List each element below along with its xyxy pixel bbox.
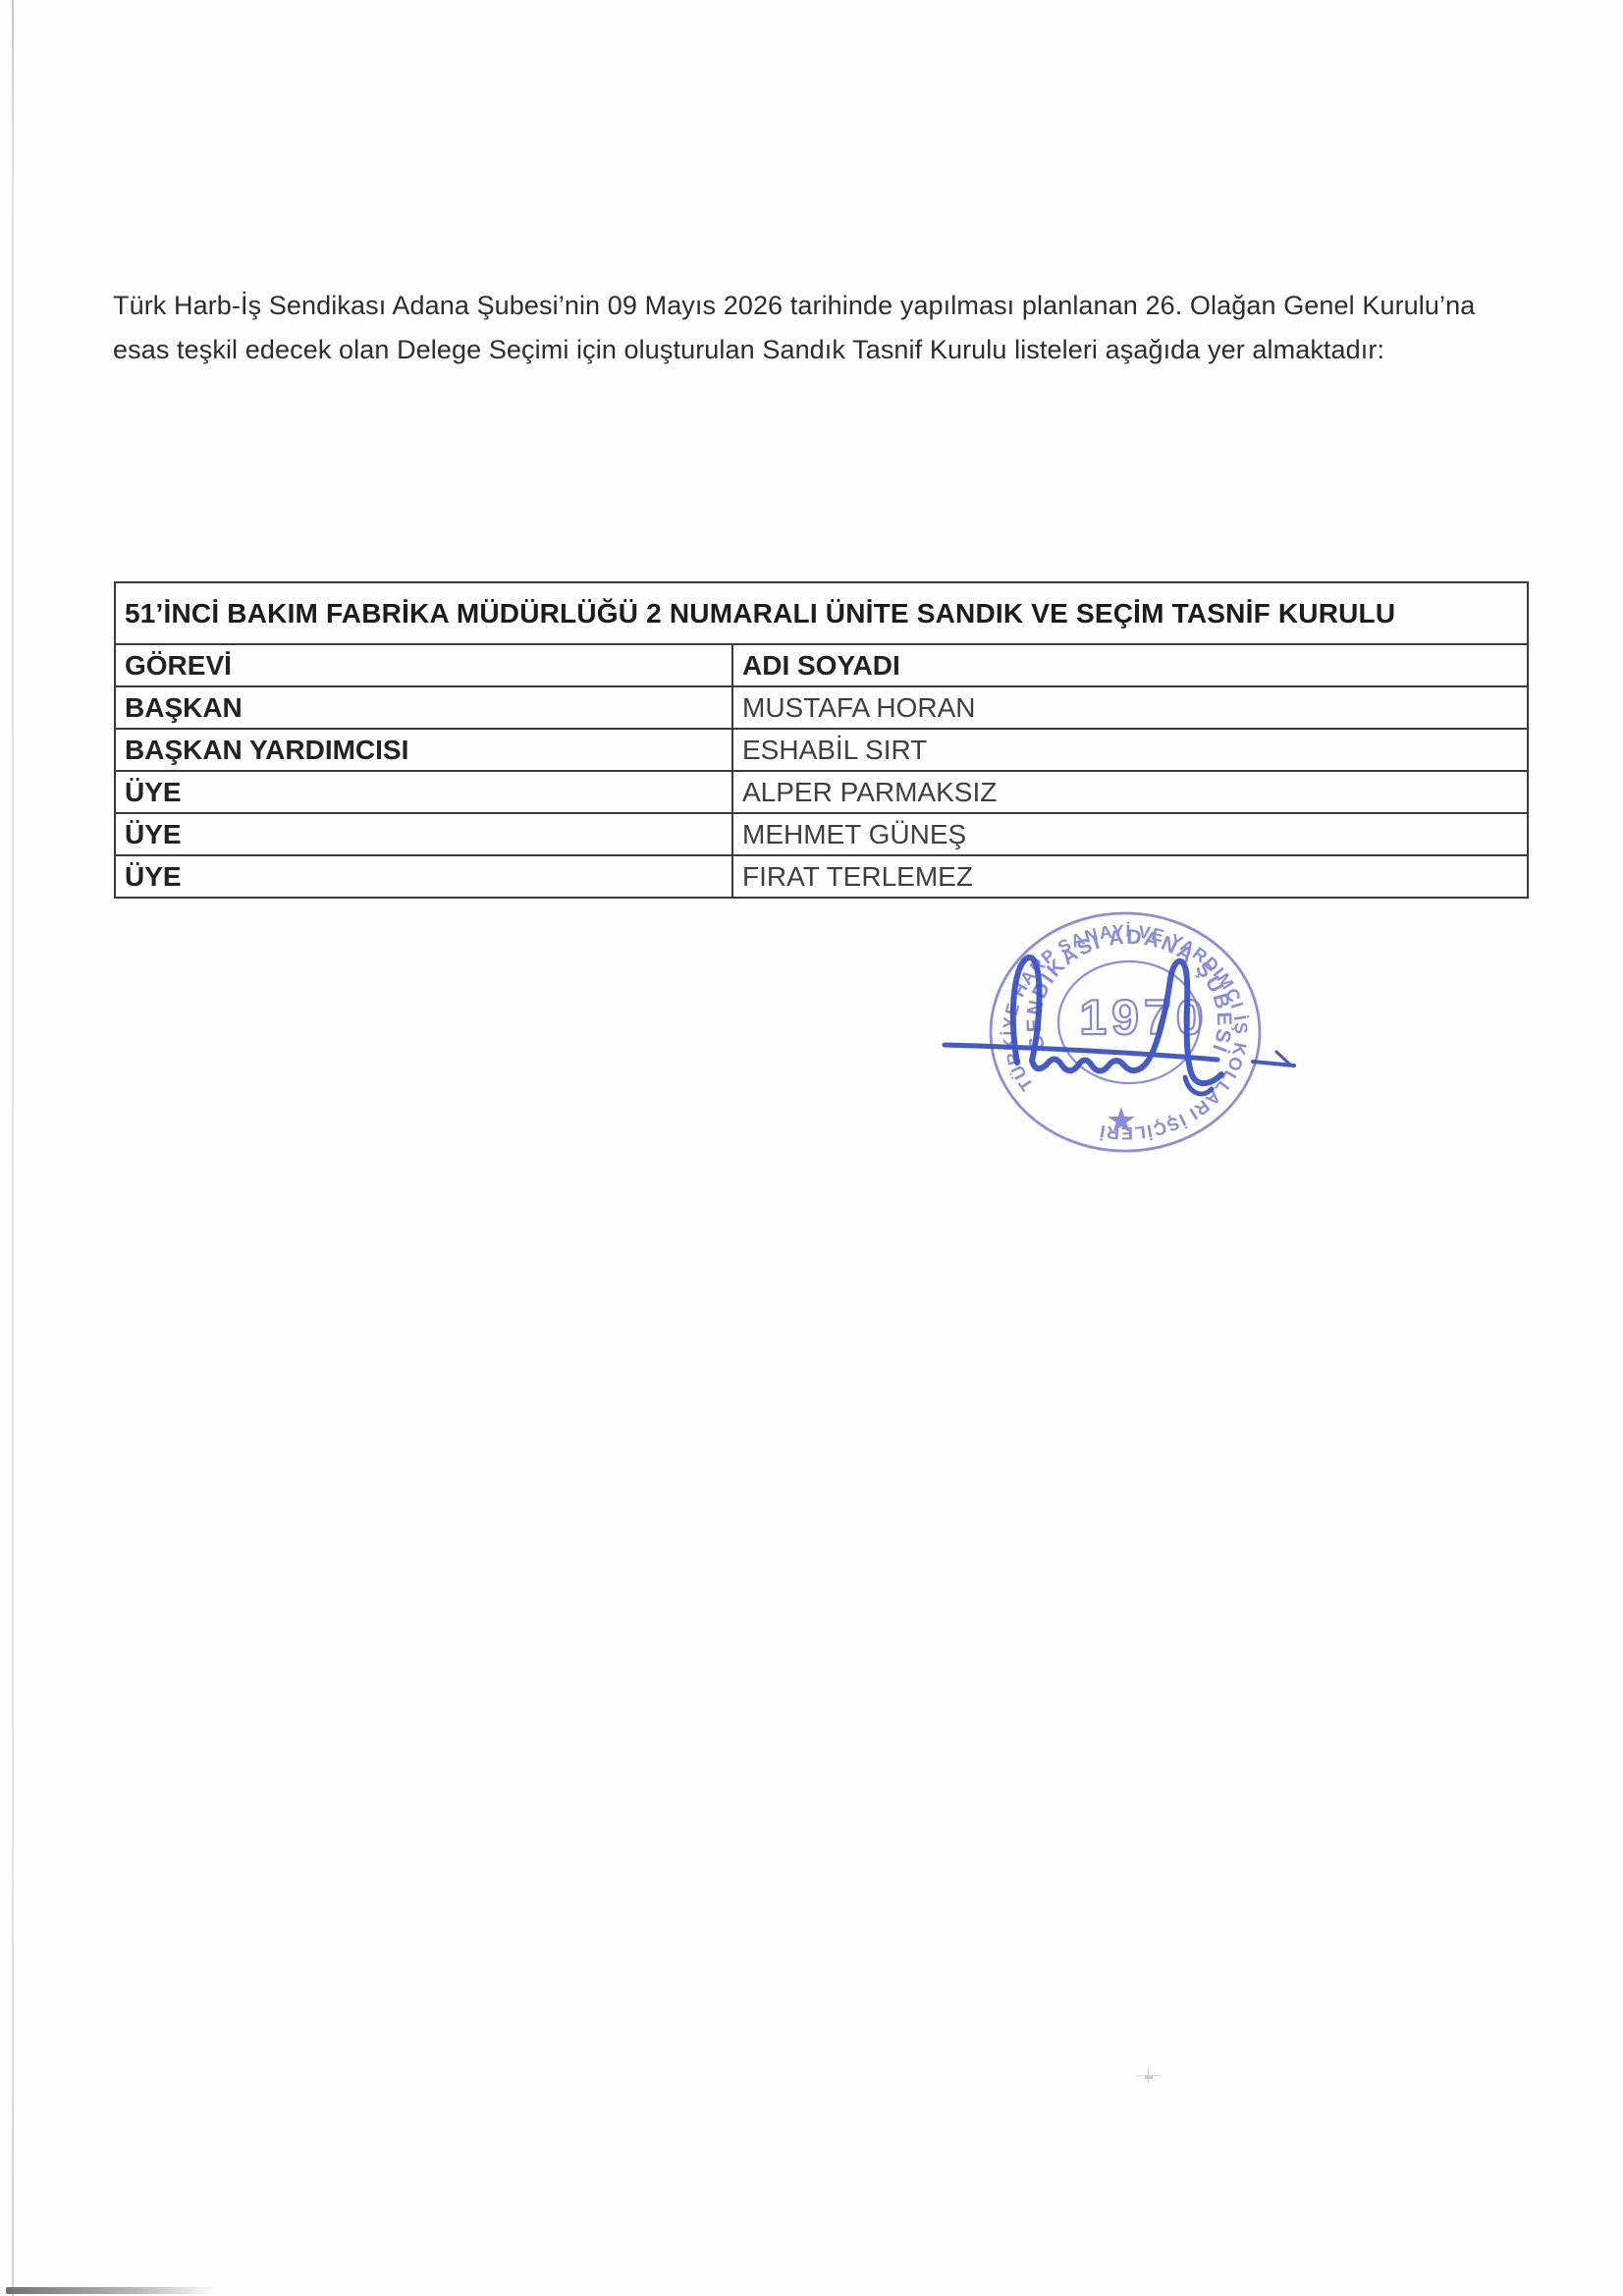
name-cell: MUSTAFA HORAN [732,686,1528,729]
name-cell: ESHABİL SIRT [732,729,1528,771]
role-cell: BAŞKAN [115,686,732,729]
table-row: BAŞKAN YARDIMCISI ESHABİL SIRT [115,729,1528,771]
intro-line-2: esas teşkil edecek olan Delege Seçimi iç… [113,328,1527,372]
union-stamp-seal: TÜRKİYE HARP SANAYİ VE YARDIMCI İŞ KOLLA… [923,884,1316,1178]
star-icon: ★ [1106,1101,1137,1141]
scanned-document-page: Türk Harb-İş Sendikası Adana Şubesi’nin … [0,0,1623,2296]
table-row: ÜYE FIRAT TERLEMEZ [115,855,1528,898]
table-row: ÜYE ALPER PARMAKSIZ [115,771,1528,813]
table-header-row: GÖREVİ ADI SOYADI [115,644,1528,686]
intro-paragraph: Türk Harb-İş Sendikası Adana Şubesi’nin … [113,284,1527,372]
column-header-role: GÖREVİ [115,644,732,686]
role-cell: BAŞKAN YARDIMCISI [115,729,732,771]
table-title: 51’İNCİ BAKIM FABRİKA MÜDÜRLÜĞÜ 2 NUMARA… [115,582,1528,644]
scan-smudge [6,2287,217,2294]
scan-speck [1135,2065,1164,2087]
name-cell: ALPER PARMAKSIZ [732,771,1528,813]
role-cell: ÜYE [115,771,732,813]
table-row: ÜYE MEHMET GÜNEŞ [115,813,1528,855]
role-cell: ÜYE [115,813,732,855]
table-row: BAŞKAN MUSTAFA HORAN [115,686,1528,729]
table-title-row: 51’İNCİ BAKIM FABRİKA MÜDÜRLÜĞÜ 2 NUMARA… [115,582,1528,644]
column-header-name: ADI SOYADI [732,644,1528,686]
role-cell: ÜYE [115,855,732,898]
committee-table: 51’İNCİ BAKIM FABRİKA MÜDÜRLÜĞÜ 2 NUMARA… [114,581,1529,899]
name-cell: MEHMET GÜNEŞ [732,813,1528,855]
scan-edge-line [12,0,14,2296]
signature-strike-line [945,1045,1217,1060]
intro-line-1: Türk Harb-İş Sendikası Adana Şubesi’nin … [113,284,1527,328]
